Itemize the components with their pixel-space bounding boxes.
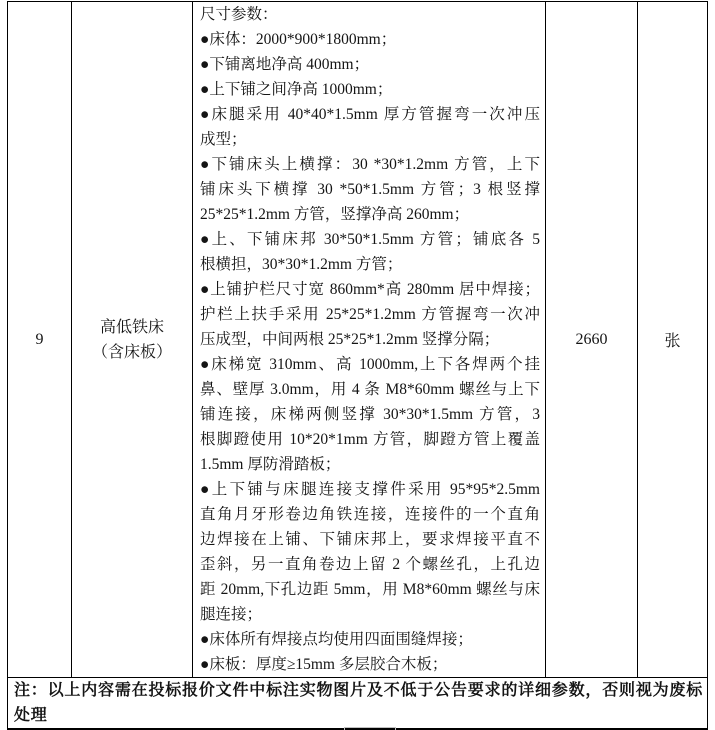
spec-line: ●床腿采用 40*40*1.5mm 厚方管握弯一次冲压: [200, 102, 540, 127]
spec-line: ●床板：厚度≥15mm 多层胶合木板；: [200, 652, 540, 677]
spec-line: 鼻、壁厚 3.0mm，用 4 条 M8*60mm 螺丝与上下: [200, 377, 540, 402]
note-row: 注：以上内容需在投标报价文件中标注实物图片及不低于公告要求的详细参数，否则视为废…: [8, 678, 708, 730]
footer-note: 注：以上内容需在投标报价文件中标注实物图片及不低于公告要求的详细参数，否则视为废…: [8, 678, 708, 730]
spec-line: ●上铺护栏尺寸宽 860mm*高 280mm 居中焊接；: [200, 277, 540, 302]
item-name-line-1: 高低铁床: [72, 315, 192, 340]
spec-line: ●下铺床头上横撑：30 *30*1.2mm 方管，上下: [200, 152, 540, 177]
spec-line: 成型；: [200, 127, 540, 152]
spec-line: ●上下铺之间净高 1000mm；: [200, 77, 540, 102]
spec-line: 铺连接，床梯两侧竖撑 30*30*1.5mm 方管，3: [200, 402, 540, 427]
spec-line: ●床体所有焊接点均使用四面围缝焊接；: [200, 627, 540, 652]
spec-line: ●床体：2000*900*1800mm；: [200, 27, 540, 52]
spec-line: 距 20mm,下孔边距 5mm，用 M8*60mm 螺丝与床: [200, 577, 540, 602]
item-row: 9 高低铁床 （含床板） 尺寸参数：●床体：2000*900*1800mm；●下…: [8, 2, 708, 678]
item-unit: 张: [664, 333, 680, 350]
cell-item-specs: 尺寸参数：●床体：2000*900*1800mm；●下铺离地净高 400mm；●…: [193, 2, 546, 678]
spec-line: ●下铺离地净高 400mm；: [200, 52, 540, 77]
spec-lines: 尺寸参数：●床体：2000*900*1800mm；●下铺离地净高 400mm；●…: [200, 2, 540, 677]
spec-line: 25*25*1.2mm 方管，竖撑净高 260mm；: [200, 202, 540, 227]
spec-line: 歪斜，另一直角卷边上留 2 个螺丝孔，上孔边: [200, 552, 540, 577]
spec-line: ●上下铺与床腿连接支撑件采用 95*95*2.5mm: [200, 477, 540, 502]
spec-line: 边焊接在上铺、下铺床邦上，要求焊接平直不: [200, 527, 540, 552]
cell-item-name: 高低铁床 （含床板）: [72, 2, 193, 678]
spec-line: 1.5mm 厚防滑踏板；: [200, 452, 540, 477]
spec-line: ●上、下铺床邦 30*50*1.5mm 方管；铺底各 5: [200, 227, 540, 252]
spec-table: 9 高低铁床 （含床板） 尺寸参数：●床体：2000*900*1800mm；●下…: [7, 1, 708, 730]
cell-item-index: 9: [8, 2, 72, 678]
spec-line: 根脚蹬使用 10*20*1mm 方管，脚蹬方管上覆盖: [200, 427, 540, 452]
item-index: 9: [36, 331, 44, 348]
spec-line: 尺寸参数：: [200, 2, 540, 27]
item-quantity: 2660: [576, 331, 608, 348]
spec-line: ●床梯宽 310mm、高 1000mm,上下各焊两个挂: [200, 352, 540, 377]
cell-item-unit: 张: [638, 2, 708, 678]
spec-line: 铺床头下横撑 30 *50*1.5mm 方管；3 根竖撑: [200, 177, 540, 202]
cell-item-quantity: 2660: [546, 2, 638, 678]
spec-line: 护栏上扶手采用 25*25*1.2mm 方管握弯一次冲: [200, 302, 540, 327]
spec-line: 根横担，30*30*1.2mm 方管；: [200, 252, 540, 277]
item-name-line-2: （含床板）: [72, 340, 192, 365]
spec-line: 压成型，中间两根 25*25*1.2mm 竖撑分隔；: [200, 327, 540, 352]
spec-line: 直角月牙形卷边角铁连接，连接件的一个直角: [200, 502, 540, 527]
spec-line: 腿连接；: [200, 602, 540, 627]
